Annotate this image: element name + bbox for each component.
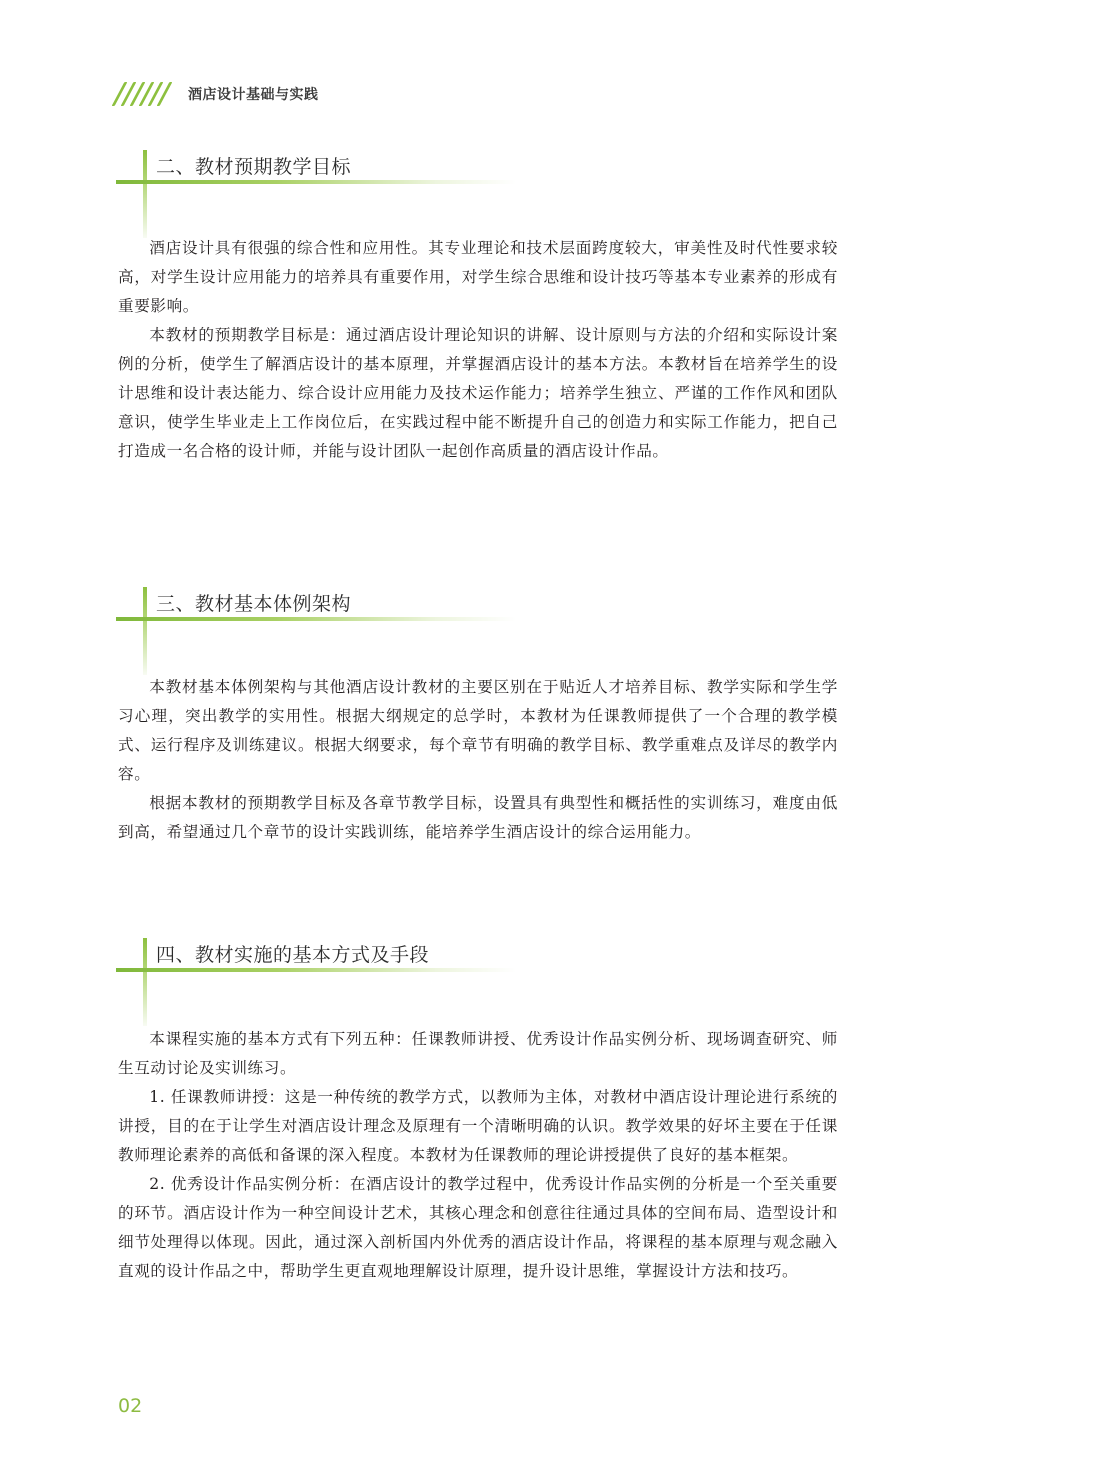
section-heading: 三、教材基本体例架构 [0, 587, 1100, 677]
running-header: 酒店设计基础与实践 [118, 80, 319, 108]
book-title: 酒店设计基础与实践 [188, 84, 319, 104]
paragraph: 本教材基本体例架构与其他酒店设计教材的主要区别在于贴近人才培养目标、教学实际和学… [118, 673, 838, 789]
section-body: 本课程实施的基本方式有下列五种：任课教师讲授、优秀设计作品实例分析、现场调查研究… [118, 1025, 838, 1286]
slash-ornament-icon [118, 82, 166, 106]
heading-vertical-bar [143, 938, 147, 1026]
section-body: 本教材基本体例架构与其他酒店设计教材的主要区别在于贴近人才培养目标、教学实际和学… [118, 673, 838, 847]
section-heading: 四、教材实施的基本方式及手段 [0, 938, 1100, 1028]
paragraph: 2. 优秀设计作品实例分析：在酒店设计的教学过程中，优秀设计作品实例的分析是一个… [118, 1170, 838, 1286]
section-body: 酒店设计具有很强的综合性和应用性。其专业理论和技术层面跨度较大，审美性及时代性要… [118, 234, 838, 466]
section-implementation: 四、教材实施的基本方式及手段 [0, 938, 1100, 1028]
paragraph: 根据本教材的预期教学目标及各章节教学目标，设置具有典型性和概括性的实训练习，难度… [118, 789, 838, 847]
section-title: 二、教材预期教学目标 [156, 152, 351, 179]
heading-vertical-bar [143, 587, 147, 675]
page-number: 02 [118, 1395, 142, 1417]
section-title: 四、教材实施的基本方式及手段 [156, 940, 429, 967]
section-structure: 三、教材基本体例架构 [0, 587, 1100, 677]
section-heading: 二、教材预期教学目标 [0, 150, 1100, 240]
paragraph: 本课程实施的基本方式有下列五种：任课教师讲授、优秀设计作品实例分析、现场调查研究… [118, 1025, 838, 1083]
section-teaching-goals: 二、教材预期教学目标 [0, 150, 1100, 240]
paragraph: 1. 任课教师讲授：这是一种传统的教学方式，以教师为主体，对教材中酒店设计理论进… [118, 1083, 838, 1170]
paragraph: 酒店设计具有很强的综合性和应用性。其专业理论和技术层面跨度较大，审美性及时代性要… [118, 234, 838, 321]
heading-underline-bar [116, 617, 516, 621]
heading-vertical-bar [143, 150, 147, 238]
heading-underline-bar [116, 180, 516, 184]
heading-underline-bar [116, 968, 516, 972]
section-title: 三、教材基本体例架构 [156, 589, 351, 616]
paragraph: 本教材的预期教学目标是：通过酒店设计理论知识的讲解、设计原则与方法的介绍和实际设… [118, 321, 838, 466]
